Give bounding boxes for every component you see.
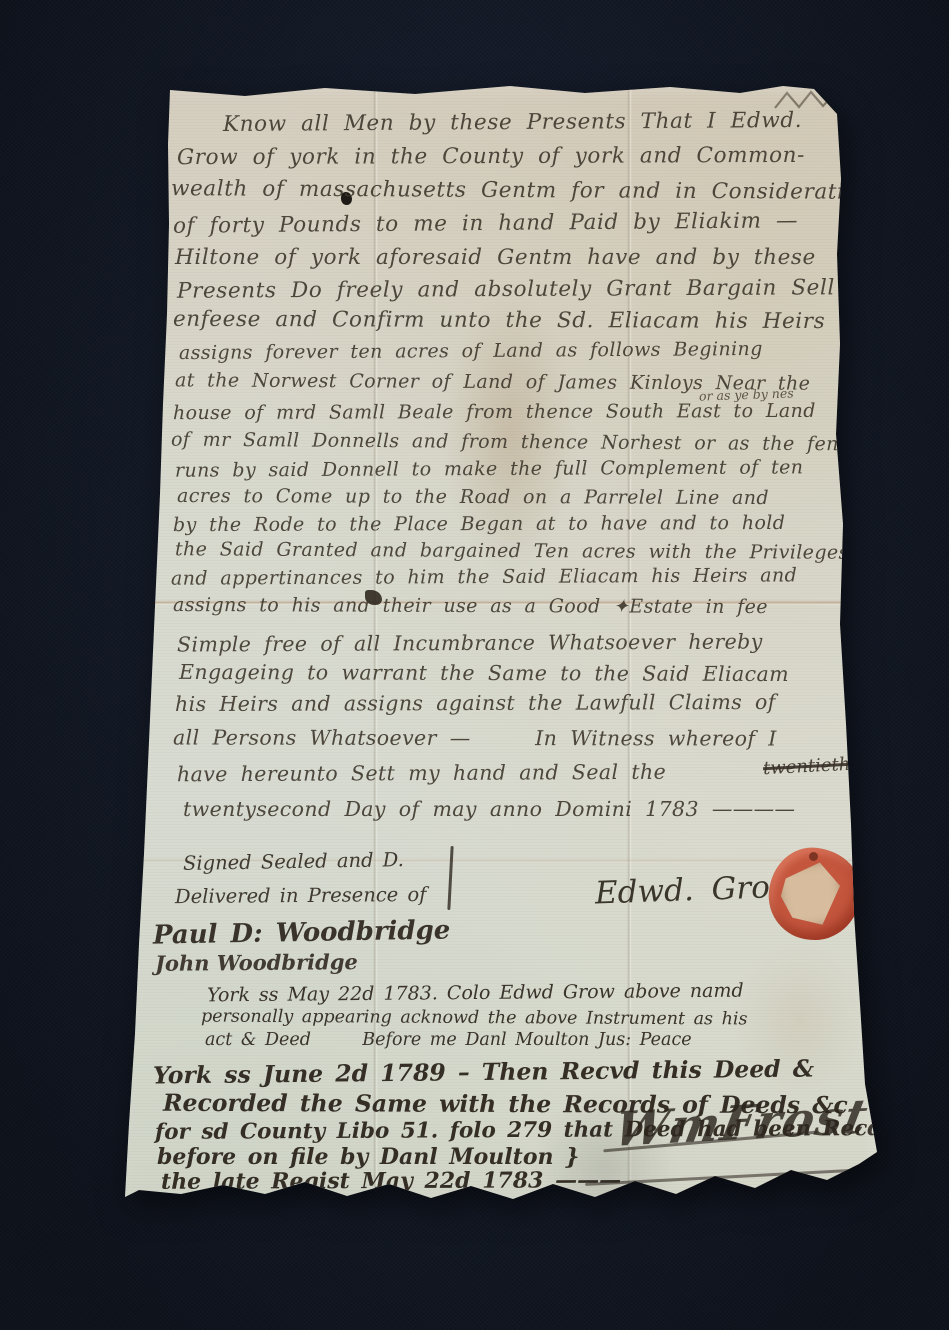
acknowledgment-line-2: personally appearing acknowd the above I…	[201, 1007, 748, 1030]
registration-line-4: before on file by Danl Moulton }	[157, 1144, 579, 1170]
paper: Know all Men by these Presents That I Ed…	[115, 84, 880, 1224]
manuscript-line-12: runs by said Donnell to make the full Co…	[175, 456, 803, 481]
struck-out-word: twentieth	[763, 754, 851, 780]
attestation-line-2: Delivered in Presence of	[175, 883, 427, 908]
manuscript-line-20: his Heirs and assigns against the Lawful…	[175, 690, 776, 716]
manuscript-line-4: of forty Pounds to me in hand Paid by El…	[173, 208, 798, 238]
attestation-bracket	[447, 846, 453, 910]
manuscript-line-1: Know all Men by these Presents That I Ed…	[223, 108, 802, 137]
manuscript-line-10: house of mrd Samll Beale from thence Sou…	[173, 400, 816, 424]
manuscript-line-15: the Said Granted and bargained Ten acres…	[175, 538, 849, 564]
registration-line-1: York ss June 2d 1789 – Then Recvd this D…	[153, 1055, 814, 1090]
manuscript-line-3: wealth of massachusetts Gentm for and in…	[171, 176, 873, 205]
seal-pit	[809, 852, 818, 861]
registration-line-5: the late Regist May 22d 1783 ———	[161, 1167, 621, 1195]
grantor-signature: Edwd. Grow	[594, 868, 796, 911]
manuscript-line-21: all Persons Whatsoever — In Witness wher…	[173, 725, 777, 750]
acknowledgment-line-3: act & Deed Before me Danl Moulton Jus: P…	[205, 1030, 692, 1050]
manuscript-line-8: assigns forever ten acres of Land as fol…	[179, 338, 763, 364]
corner-ink-smudge	[850, 1182, 882, 1222]
manuscript-line-18: Simple free of all Incumbrance Whatsoeve…	[177, 629, 763, 656]
attestation-line-1: Signed Sealed and D.	[183, 848, 404, 875]
manuscript-line-5: Hiltone of york aforesaid Gentm have and…	[175, 245, 816, 270]
paper-wrapper: Know all Men by these Presents That I Ed…	[115, 84, 880, 1224]
manuscript-line-11: of mr Samll Donnells and from thence Nor…	[171, 429, 862, 456]
acknowledgment-line-1: York ss May 22d 1783. Colo Edwd Grow abo…	[207, 980, 744, 1007]
manuscript-line-13: acres to Come up to the Road on a Parrel…	[177, 485, 769, 509]
manuscript-line-14: by the Rode to the Place Began at to hav…	[173, 512, 785, 536]
manuscript-line-22: have hereunto Sett my hand and Seal the	[177, 760, 666, 787]
witness-signature-2: John Woodbridge	[155, 949, 358, 976]
manuscript-line-6: Presents Do freely and absolutely Grant …	[177, 275, 835, 303]
manuscript-line-16: and appertinances to him the Said Eliaca…	[171, 564, 797, 589]
red-wax-seal	[769, 848, 861, 940]
manuscript-line-23: twentysecond Day of may anno Domini 1783…	[183, 797, 795, 821]
manuscript-line-17: assigns to his and their use as a Good ✦…	[173, 594, 768, 618]
signature-flourish-2	[585, 1169, 850, 1186]
manuscript-line-19: Engageing to warrant the Same to the Sai…	[179, 660, 789, 686]
witness-signature-1: Paul D: Woodbridge	[153, 915, 451, 950]
manuscript-line-2: Grow of york in the County of york and C…	[177, 143, 805, 170]
photo-background: Know all Men by these Presents That I Ed…	[0, 0, 949, 1330]
manuscript-line-7: enfeese and Confirm unto the Sd. Eliacam…	[173, 307, 882, 334]
